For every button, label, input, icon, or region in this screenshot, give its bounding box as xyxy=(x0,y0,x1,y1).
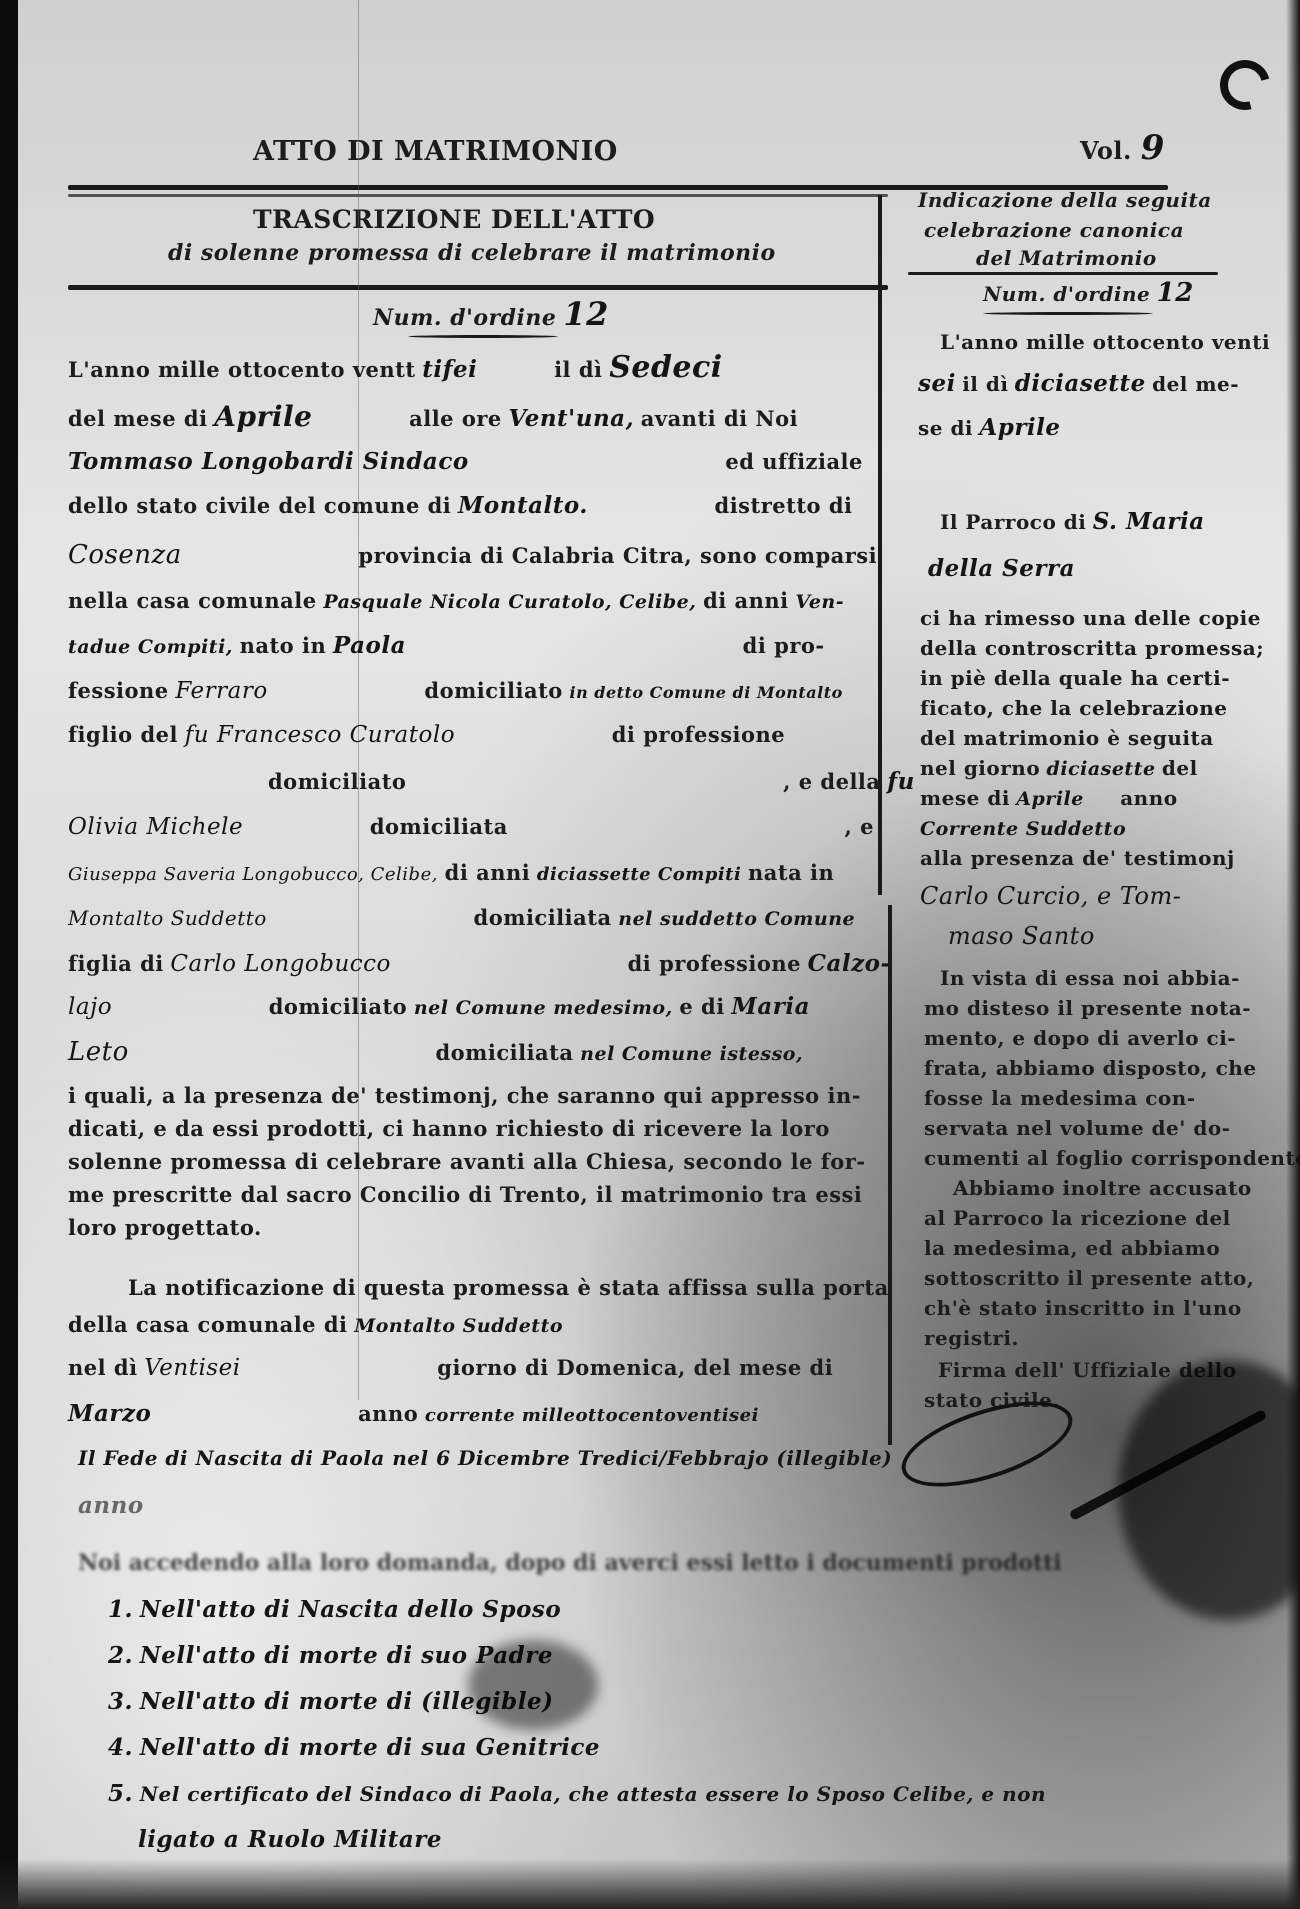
line-hand: Aprile xyxy=(1016,788,1084,810)
bleed-through-text: Noi accedendo alla loro domanda, dopo di… xyxy=(78,1550,1062,1576)
list-number: 2. xyxy=(108,1642,133,1669)
record-line-2: del mese di Aprile alle ore Vent'una, av… xyxy=(68,400,798,433)
line-print: di anni xyxy=(445,860,531,885)
line-print: il dì xyxy=(554,357,602,382)
line-print: domiciliato xyxy=(269,994,407,1019)
right-line-14: alla presenza de' testimonj xyxy=(920,846,1235,870)
line-hand: nel suddetto Comune xyxy=(618,908,855,930)
line-hand: Leto xyxy=(68,1037,129,1067)
line-print: nella casa comunale xyxy=(68,588,317,613)
line-print: distretto di xyxy=(715,493,853,518)
line-hand: Cosenza xyxy=(68,540,182,570)
subheading-rule xyxy=(68,285,888,290)
dark-shadow-blot xyxy=(1118,1360,1300,1620)
right-line-28: ch'è stato inscritto in l'uno xyxy=(924,1296,1242,1320)
record-line-15: lajo domiciliato nel Comune medesimo, e … xyxy=(68,993,810,1020)
transcription-subheading: di solenne promessa di celebrare il matr… xyxy=(168,240,776,266)
line-print: figlio del xyxy=(68,722,178,747)
right-heading-1: Indicazione della seguita xyxy=(918,188,1212,212)
record-line-1: L'anno mille ottocento ventt tifei il dì… xyxy=(68,350,723,385)
line-print: del me- xyxy=(1152,372,1239,396)
line-hand: tifei xyxy=(422,356,477,383)
line-print: Il Parroco di xyxy=(940,510,1086,534)
right-line-16: maso Santo xyxy=(948,922,1095,950)
line-print: domiciliata xyxy=(474,905,612,930)
line-hand: Sedeci xyxy=(609,350,722,385)
right-line-5: della Serra xyxy=(928,555,1075,582)
documents-list-item-5-cont: ligato a Ruolo Militare xyxy=(138,1826,442,1853)
line-print: nel dì xyxy=(68,1355,138,1380)
notification-line-4: Marzo anno corrente milleottocentoventis… xyxy=(68,1400,759,1427)
volume-label: Vol. 9 xyxy=(1080,128,1165,168)
line-hand: Pasquale Nicola Curatolo, Celibe, xyxy=(323,591,696,613)
line-print: di professione xyxy=(612,722,785,747)
notification-line-1: La notificazione di questa promessa è st… xyxy=(128,1275,889,1300)
right-order-line: Num. d'ordine 12 xyxy=(983,278,1194,308)
paragraph-line-1: i quali, a la presenza de' testimonj, ch… xyxy=(68,1083,861,1108)
paragraph-line-4: me prescritte dal sacro Concilio di Tren… xyxy=(68,1182,862,1207)
right-line-2: sei il dì diciasette del me- xyxy=(918,370,1239,397)
transcription-heading: TRASCRIZIONE DELL'ATTO xyxy=(253,205,655,234)
line-print: nata in xyxy=(748,860,834,885)
right-line-22: servata nel volume de' do- xyxy=(924,1116,1230,1140)
right-line-25: al Parroco la ricezione del xyxy=(924,1206,1231,1230)
documents-list-item-1: 1. Nell'atto di Nascita dello Sposo xyxy=(108,1596,561,1623)
list-number: 3. xyxy=(108,1688,133,1715)
notification-line-5: Il Fede di Nascita di Paola nel 6 Dicemb… xyxy=(78,1446,892,1470)
right-line-13: Corrente Suddetto xyxy=(920,816,1126,840)
line-hand: Tommaso Longobardi Sindaco xyxy=(68,448,469,475)
line-hand: tadue Compiti, xyxy=(68,636,233,658)
record-line-4: dello stato civile del comune di Montalt… xyxy=(68,492,853,519)
order-flourish xyxy=(408,335,558,338)
paragraph-line-3: solenne promessa di celebrare avanti all… xyxy=(68,1149,866,1174)
corner-stamp-mark xyxy=(1211,51,1279,119)
ink-blot xyxy=(468,1640,598,1730)
right-line-17: In vista di essa noi abbia- xyxy=(940,966,1240,990)
line-hand: nel Comune medesimo, xyxy=(414,997,673,1019)
line-hand: diciassette Compiti xyxy=(537,864,741,885)
line-hand: Vent'una, xyxy=(508,405,634,432)
right-line-29: registri. xyxy=(924,1326,1019,1350)
scan-bottom-edge xyxy=(0,1859,1300,1909)
record-line-11: Olivia Michele domiciliata , e xyxy=(68,814,874,840)
right-line-18: mo disteso il presente nota- xyxy=(924,996,1251,1020)
document-title: ATTO DI MATRIMONIO xyxy=(253,136,618,167)
line-hand: S. Maria xyxy=(1093,508,1205,535)
list-number: 4. xyxy=(108,1734,133,1761)
line-hand: corrente milleottocentoventisei xyxy=(425,1405,759,1426)
line-hand: Paola xyxy=(333,632,406,659)
line-print: domiciliata xyxy=(370,814,508,839)
order-label: Num. d'ordine xyxy=(373,305,556,331)
documents-list-item-5: 5. Nel certificato del Sindaco di Paola,… xyxy=(108,1780,1046,1807)
line-print: di professione xyxy=(628,951,801,976)
line-print: domiciliato xyxy=(424,678,562,703)
line-hand: nel Comune istesso, xyxy=(580,1043,803,1065)
line-hand: Carlo Longobucco xyxy=(170,951,390,977)
line-print: mese di xyxy=(920,786,1010,810)
line-hand: Ventisei xyxy=(144,1355,240,1381)
right-line-1: L'anno mille ottocento venti xyxy=(940,330,1270,354)
right-line-23: cumenti al foglio corrispondente xyxy=(924,1146,1300,1170)
right-order-flourish xyxy=(983,312,1153,315)
line-hand: della Serra xyxy=(928,555,1075,582)
line-hand: lajo xyxy=(68,994,112,1020)
line-print: se di xyxy=(918,416,973,440)
right-line-12: mese di Aprile anno xyxy=(920,786,1178,810)
line-hand: Montalto. xyxy=(458,492,588,519)
line-hand: Marzo xyxy=(68,1400,151,1427)
line-hand: Montalto Suddetto xyxy=(354,1315,563,1337)
document-page: ATTO DI MATRIMONIO Vol. 9 TRASCRIZIONE D… xyxy=(18,0,1300,1909)
line-hand: maso Santo xyxy=(948,922,1095,950)
right-line-8: in piè della quale ha certi- xyxy=(920,666,1230,690)
line-print: ed uffiziale xyxy=(725,449,863,474)
scan-right-edge xyxy=(1286,0,1300,1909)
right-line-7: della controscritta promessa; xyxy=(920,636,1264,660)
right-order-number: 12 xyxy=(1157,278,1194,308)
list-text: Nell'atto di Nascita dello Sposo xyxy=(140,1596,562,1623)
line-print: , e della xyxy=(783,769,880,794)
right-line-21: fosse la medesima con- xyxy=(924,1086,1196,1110)
line-hand: Aprile xyxy=(214,400,312,433)
line-print: il dì xyxy=(962,372,1008,396)
line-print: provincia di Calabria Citra, sono compar… xyxy=(358,543,877,568)
right-line-11: nel giorno diciasette del xyxy=(920,756,1198,780)
line-print: del xyxy=(1162,756,1198,780)
record-line-7: tadue Compiti, nato in Paola di pro- xyxy=(68,632,825,659)
right-heading-rule xyxy=(908,272,1218,275)
line-print: di pro- xyxy=(743,633,825,658)
right-line-26: la medesima, ed abbiamo xyxy=(924,1236,1220,1260)
line-hand: sei xyxy=(918,370,956,397)
right-line-24: Abbiamo inoltre accusato xyxy=(953,1176,1252,1200)
record-line-12: Giuseppa Saveria Longobucco, Celibe, di … xyxy=(68,860,834,885)
record-line-10: domiciliato , e della fu xyxy=(68,768,915,795)
order-number: 12 xyxy=(563,295,609,333)
right-line-27: sottoscritto il presente atto, xyxy=(924,1266,1254,1290)
line-print: nel giorno xyxy=(920,756,1040,780)
list-number: 5. xyxy=(108,1780,133,1807)
record-line-9: figlio del fu Francesco Curatolo di prof… xyxy=(68,722,785,748)
documents-list-item-4: 4. Nell'atto di morte di sua Genitrice xyxy=(108,1734,600,1761)
line-hand: diciasette xyxy=(1015,370,1146,397)
header-double-rule-2 xyxy=(68,194,888,197)
record-line-13: Montalto Suddetto domiciliata nel suddet… xyxy=(68,905,855,930)
line-print: , e xyxy=(845,814,874,839)
right-heading-3: del Matrimonio xyxy=(976,246,1157,270)
line-hand: fu xyxy=(887,768,915,795)
paragraph-line-2: dicati, e da essi prodotti, ci hanno ric… xyxy=(68,1116,830,1141)
order-number-line: Num. d'ordine 12 xyxy=(373,295,609,333)
right-order-label: Num. d'ordine xyxy=(983,282,1150,306)
line-hand: fu Francesco Curatolo xyxy=(185,722,455,748)
right-line-6: ci ha rimesso una delle copie xyxy=(920,606,1261,630)
line-print: giorno di Domenica, del mese di xyxy=(437,1355,833,1380)
list-text: Nell'atto di morte di sua Genitrice xyxy=(140,1734,600,1761)
right-line-10: del matrimonio è seguita xyxy=(920,726,1214,750)
line-print: figlia di xyxy=(68,951,164,976)
line-hand: Ferraro xyxy=(175,678,267,704)
line-print: nato in xyxy=(240,633,327,658)
line-print: alle ore xyxy=(409,406,502,431)
line-hand: Giuseppa Saveria Longobucco, Celibe, xyxy=(68,864,438,885)
line-hand: Maria xyxy=(731,993,810,1020)
volume-number: 9 xyxy=(1141,128,1165,168)
line-print: anno xyxy=(1120,786,1177,810)
notification-line-3: nel dì Ventisei giorno di Domenica, del … xyxy=(68,1355,833,1381)
line-hand: diciasette xyxy=(1047,758,1156,780)
notification-line-6: anno xyxy=(78,1492,144,1519)
line-hand: Montalto Suddetto xyxy=(68,906,267,930)
volume-label-text: Vol. xyxy=(1080,136,1132,165)
line-hand: Il Fede di Nascita di Paola nel 6 Dicemb… xyxy=(78,1446,892,1470)
line-print: L'anno mille ottocento ventt xyxy=(68,357,416,382)
record-line-3: Tommaso Longobardi Sindaco ed uffiziale xyxy=(68,448,863,475)
line-print: dello stato civile del comune di xyxy=(68,493,451,518)
line-hand: Carlo Curcio, e Tom- xyxy=(920,882,1181,910)
right-line-9: ficato, che la celebrazione xyxy=(920,696,1228,720)
line-hand: Aprile xyxy=(979,414,1060,441)
line-hand: Ven- xyxy=(795,591,844,613)
paragraph-line-5: loro progettato. xyxy=(68,1215,262,1240)
scan-left-edge xyxy=(0,0,18,1909)
line-print: domiciliata xyxy=(435,1040,573,1065)
line-print: fessione xyxy=(68,678,169,703)
notification-line-2: della casa comunale di Montalto Suddetto xyxy=(68,1312,563,1337)
list-text: Nel certificato del Sindaco di Paola, ch… xyxy=(140,1782,1046,1806)
list-text: ligato a Ruolo Militare xyxy=(138,1826,442,1853)
right-heading-2: celebrazione canonica xyxy=(924,218,1184,242)
right-line-20: frata, abbiamo disposto, che xyxy=(924,1056,1257,1080)
line-print: e di xyxy=(679,994,724,1019)
record-line-6: nella casa comunale Pasquale Nicola Cura… xyxy=(68,588,844,613)
line-print: anno xyxy=(358,1401,418,1426)
line-hand: Calzo- xyxy=(808,950,891,977)
record-line-5: Cosenza provincia di Calabria Citra, son… xyxy=(68,540,877,570)
column-divider-lower xyxy=(888,905,892,1445)
record-line-8: fessione Ferraro domiciliato in detto Co… xyxy=(68,678,843,704)
line-hand: Corrente Suddetto xyxy=(920,818,1126,840)
line-print: del mese di xyxy=(68,406,208,431)
record-line-14: figlia di Carlo Longobucco di profession… xyxy=(68,950,891,977)
record-line-16: Leto domiciliata nel Comune istesso, xyxy=(68,1037,803,1067)
right-line-15: Carlo Curcio, e Tom- xyxy=(920,882,1181,910)
line-hand: Olivia Michele xyxy=(68,814,243,840)
line-print: di anni xyxy=(703,588,789,613)
line-print: domiciliato xyxy=(268,769,406,794)
right-line-4: Il Parroco di S. Maria xyxy=(940,508,1205,535)
line-hand: in detto Comune di Montalto xyxy=(570,683,843,702)
line-hand: anno xyxy=(78,1492,144,1519)
line-print: avanti di Noi xyxy=(641,406,798,431)
list-number: 1. xyxy=(108,1596,133,1623)
right-line-3: se di Aprile xyxy=(918,414,1061,441)
right-line-19: mento, e dopo di averlo ci- xyxy=(924,1026,1236,1050)
line-print: della casa comunale di xyxy=(68,1312,348,1337)
